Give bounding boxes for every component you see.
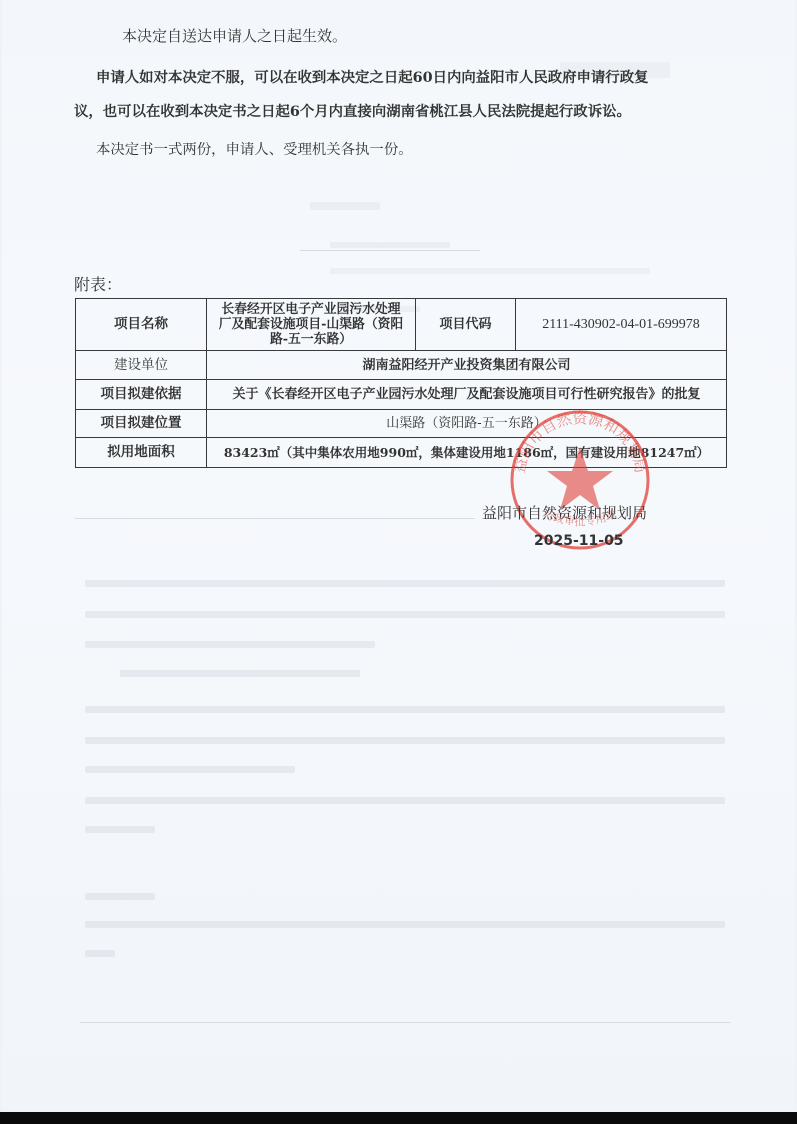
appeal-clause-line-1: 申请人如对本决定不服，可以在收到本决定之日起60日内向益阳市人民政府申请行政复 <box>96 68 648 88</box>
project-code-value: 2111-430902-04-01-699978 <box>516 299 727 351</box>
document-page <box>2 0 795 1110</box>
area-value: 83423㎡（其中集体农用地990㎡，集体建设用地1186㎡，国有建设用地812… <box>207 438 727 468</box>
location-label: 项目拟建位置 <box>76 410 207 438</box>
table-row: 项目名称 长春经开区电子产业园污水处理 厂及配套设施项目-山渠路（资阳 路-五一… <box>76 299 727 351</box>
annex-heading: 附表： <box>74 272 122 295</box>
project-name-line: 长春经开区电子产业园污水处理 <box>211 302 411 317</box>
project-code-label: 项目代码 <box>416 299 516 351</box>
effective-clause: 本决定自送达申请人之日起生效。 <box>122 26 347 46</box>
scan-bottom-edge <box>0 1112 797 1124</box>
copies-clause: 本决定书一式两份，申请人、受理机关各执一份。 <box>96 140 413 160</box>
annex-table: 项目名称 长春经开区电子产业园污水处理 厂及配套设施项目-山渠路（资阳 路-五一… <box>75 298 727 468</box>
project-name-line: 路-五一东路） <box>211 332 411 347</box>
table-row: 拟用地面积 83423㎡（其中集体农用地990㎡，集体建设用地1186㎡，国有建… <box>76 438 727 468</box>
project-name-label: 项目名称 <box>76 299 207 351</box>
project-name-value: 长春经开区电子产业园污水处理 厂及配套设施项目-山渠路（资阳 路-五一东路） <box>207 299 416 351</box>
table-row: 项目拟建依据 关于《长春经开区电子产业园污水处理厂及配套设施项目可行性研究报告》… <box>76 380 727 410</box>
construction-unit-value: 湖南益阳经开产业投资集团有限公司 <box>207 351 727 380</box>
table-row: 项目拟建位置 山渠路（资阳路-五一东路） <box>76 410 727 438</box>
issue-date: 2025-11-05 <box>534 533 624 549</box>
basis-value: 关于《长春经开区电子产业园污水处理厂及配套设施项目可行性研究报告》的批复 <box>207 380 727 410</box>
issuing-authority: 益阳市自然资源和规划局 <box>482 502 647 523</box>
appeal-clause-line-2: 议，也可以在收到本决定书之日起6个月内直接向湖南省桃江县人民法院提起行政诉讼。 <box>74 102 631 122</box>
table-row: 建设单位 湖南益阳经开产业投资集团有限公司 <box>76 351 727 380</box>
area-label: 拟用地面积 <box>76 438 207 468</box>
location-value: 山渠路（资阳路-五一东路） <box>207 410 727 438</box>
construction-unit-label: 建设单位 <box>76 351 207 380</box>
basis-label: 项目拟建依据 <box>76 380 207 410</box>
project-name-line: 厂及配套设施项目-山渠路（资阳 <box>211 317 411 332</box>
